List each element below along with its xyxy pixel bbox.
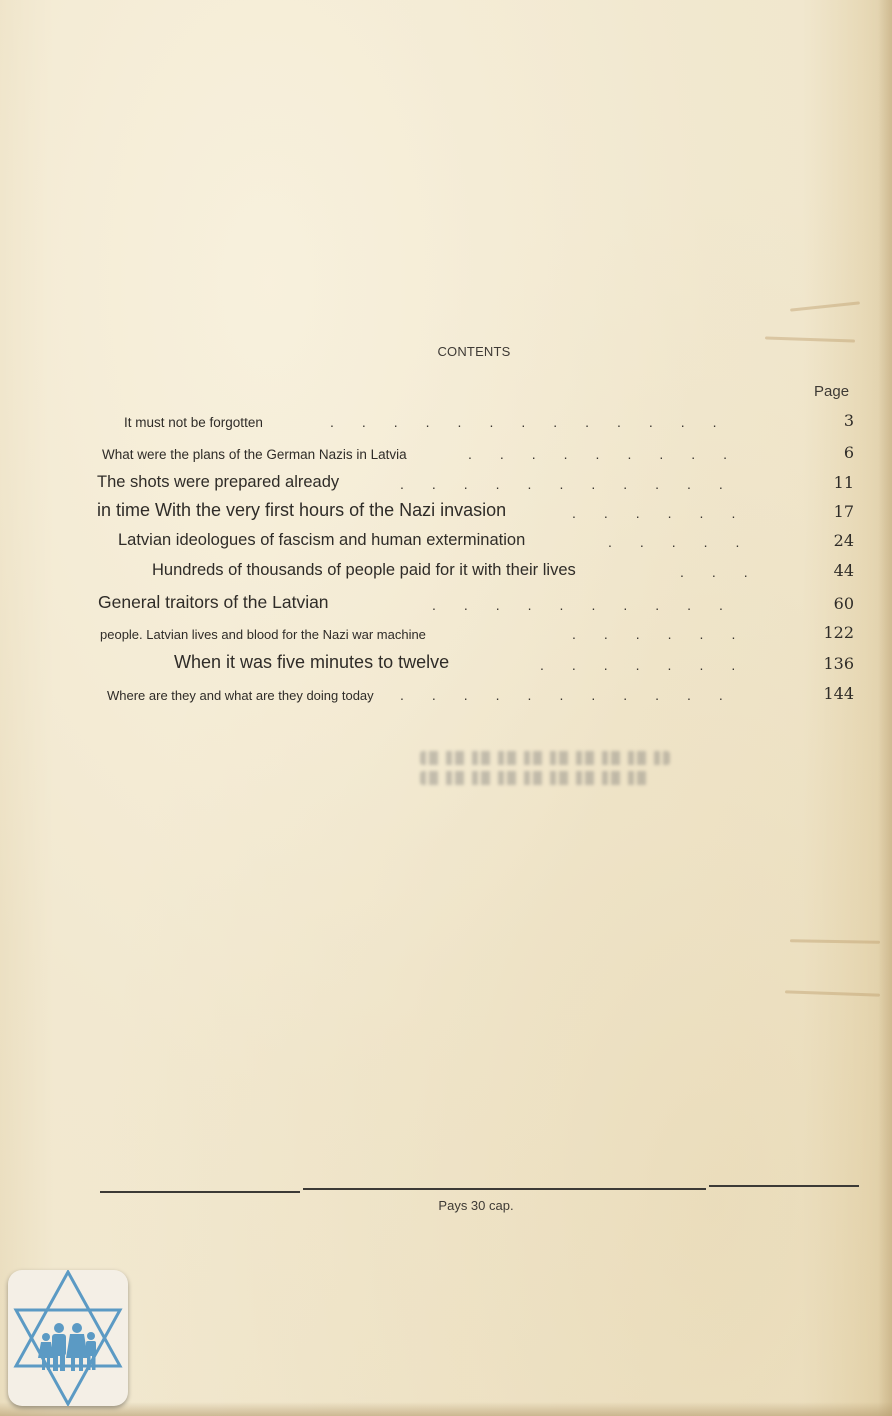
toc-entry-page-number: 136 [823,654,854,673]
star-of-david-family-icon [8,1270,128,1406]
toc-entry: Hundreds of thousands of people paid for… [0,558,892,582]
dot-leader: . . . . . . . . . . . . . [330,414,800,428]
toc-entry-title: people. Latvian lives and blood for the … [100,627,426,642]
faded-stamp [420,745,670,805]
toc-entry-page-number: 6 [844,443,854,462]
scanned-page: CONTENTS Page It must not be forgotten. … [0,0,892,1416]
toc-entry-title: Latvian ideologues of fascism and human … [118,531,525,550]
paper-crease [790,939,880,944]
toc-entry-page-number: 11 [834,473,854,492]
toc-entry: Latvian ideologues of fascism and human … [0,528,892,552]
toc-entry: General traitors of the Latvian. . . . .… [0,591,892,615]
divider-rule [100,1191,300,1193]
dot-leader: . . . . . . . [540,657,800,671]
toc-entry-page-number: 144 [823,684,854,703]
dot-leader: . . . . . . [572,505,800,519]
toc-entry-page-number: 24 [834,531,854,550]
toc-entry: What were the plans of the German Nazis … [0,440,892,464]
toc-entry-title: in time With the very first hours of the… [97,500,506,521]
toc-entry: The shots were prepared already. . . . .… [0,470,892,494]
dot-leader: . . . . . . . . . . . [400,687,800,701]
watermark-logo [8,1270,128,1406]
toc-entry-title: It must not be forgotten [124,415,263,430]
paper-crease [785,990,880,996]
dot-leader: . . . . . . . . . . . [400,476,800,490]
dot-leader: . . . . . [608,534,800,548]
toc-entry-page-number: 3 [844,411,854,430]
price-note: Pays 30 cap. [0,1198,892,1213]
dot-leader: . . . . . . . . . . [432,597,800,611]
toc-entry: It must not be forgotten. . . . . . . . … [0,408,892,432]
page-edge-bottom [0,1402,892,1416]
toc-entry-page-number: 122 [823,623,854,642]
toc-entry-title: What were the plans of the German Nazis … [102,447,407,462]
divider-rule [303,1188,706,1190]
dot-leader: . . . . . . . . . [468,446,800,460]
toc-entry-page-number: 60 [834,594,854,613]
divider-rule [709,1185,859,1187]
toc-entry-title: Hundreds of thousands of people paid for… [152,561,576,580]
toc-entry-title: The shots were prepared already [97,473,339,492]
toc-entry: When it was five minutes to twelve. . . … [0,651,892,675]
toc-entry-title: When it was five minutes to twelve [174,652,449,673]
toc-entry: Where are they and what are they doing t… [0,681,892,705]
toc-entry-page-number: 17 [834,502,854,521]
toc-entry-title: Where are they and what are they doing t… [107,688,374,703]
toc-entry: in time With the very first hours of the… [0,499,892,523]
dot-leader: . . . [680,564,800,578]
contents-heading: CONTENTS [0,344,892,359]
toc-entry-page-number: 44 [834,561,854,580]
paper-crease [790,301,860,311]
dot-leader: . . . . . . [572,626,800,640]
toc-entry: people. Latvian lives and blood for the … [0,620,892,644]
toc-entry-title: General traitors of the Latvian [98,592,329,613]
paper-crease [765,336,855,342]
page-column-label: Page [814,383,849,400]
